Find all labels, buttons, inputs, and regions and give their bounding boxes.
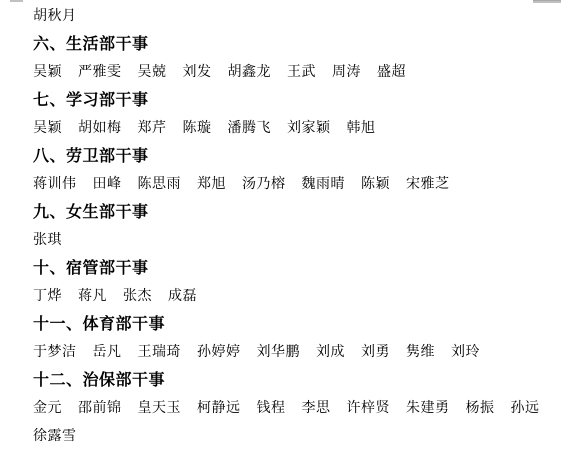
member-name: 丁烨 (33, 282, 62, 310)
section-heading: 七、学习部干事 (33, 86, 574, 114)
member-name: 岳凡 (93, 338, 122, 366)
member-name: 隽维 (406, 338, 435, 366)
member-name: 魏雨晴 (302, 170, 346, 198)
member-name: 胡如梅 (78, 114, 122, 142)
member-name: 蒋凡 (78, 282, 107, 310)
member-name: 杨振 (466, 394, 495, 422)
member-name: 孙婷婷 (197, 338, 241, 366)
member-name: 刘华鹏 (257, 338, 301, 366)
member-name: 于梦洁 (33, 338, 77, 366)
member-name: 胡秋月 (33, 2, 77, 30)
member-row: 吴颖胡如梅郑芹陈璇潘腾飞刘家颖韩旭 (33, 114, 574, 142)
member-name: 潘腾飞 (228, 114, 272, 142)
member-name: 刘玲 (451, 338, 480, 366)
section-heading: 十一、体育部干事 (33, 310, 574, 338)
member-name: 周涛 (332, 58, 361, 86)
member-name: 郑芹 (138, 114, 167, 142)
member-name: 张琪 (33, 226, 62, 254)
member-name: 张杰 (123, 282, 152, 310)
section-heading: 十二、治保部干事 (33, 366, 574, 394)
section-heading: 八、劳卫部干事 (33, 142, 574, 170)
member-name: 郑旭 (197, 170, 226, 198)
member-name: 胡鑫龙 (228, 58, 272, 86)
member-name: 邵前锦 (78, 394, 122, 422)
sections-container: 六、生活部干事吴颖严雅雯吴兢刘发胡鑫龙王武周涛盛超七、学习部干事吴颖胡如梅郑芹陈… (33, 30, 574, 450)
member-name: 刘家颖 (287, 114, 331, 142)
member-name: 成磊 (168, 282, 197, 310)
member-name: 朱建勇 (406, 394, 450, 422)
member-name: 许梓贤 (347, 394, 391, 422)
member-name: 陈璇 (183, 114, 212, 142)
member-name: 盛超 (377, 58, 406, 86)
member-name: 吴颖 (33, 114, 62, 142)
member-row: 丁烨蒋凡张杰成磊 (33, 282, 574, 310)
member-row: 胡秋月 (33, 2, 574, 30)
member-name: 刘发 (183, 58, 212, 86)
member-name: 蒋训伟 (33, 170, 77, 198)
member-name: 皇天玉 (138, 394, 182, 422)
member-name: 陈颖 (361, 170, 390, 198)
member-name: 田峰 (93, 170, 122, 198)
member-row: 张琪 (33, 226, 574, 254)
section-heading: 九、女生部干事 (33, 198, 574, 226)
member-name: 汤乃榕 (242, 170, 286, 198)
member-name: 徐露雪 (33, 422, 77, 450)
document-page: 胡秋月 六、生活部干事吴颖严雅雯吴兢刘发胡鑫龙王武周涛盛超七、学习部干事吴颖胡如… (0, 0, 584, 450)
member-name: 王瑞琦 (138, 338, 182, 366)
member-row: 吴颖严雅雯吴兢刘发胡鑫龙王武周涛盛超 (33, 58, 574, 86)
member-name: 李思 (302, 394, 331, 422)
member-name: 孙远 (511, 394, 540, 422)
member-name: 钱程 (257, 394, 286, 422)
member-name: 吴颖 (33, 58, 62, 86)
member-name: 韩旭 (347, 114, 376, 142)
member-row: 蒋训伟田峰陈思雨郑旭汤乃榕魏雨晴陈颖宋雅芝 (33, 170, 574, 198)
section-heading: 十、宿管部干事 (33, 254, 574, 282)
member-name: 严雅雯 (78, 58, 122, 86)
member-name: 陈思雨 (138, 170, 182, 198)
member-row: 金元邵前锦皇天玉柯静远钱程李思许梓贤朱建勇杨振孙远徐露雪 (33, 394, 574, 450)
member-name: 柯静远 (197, 394, 241, 422)
member-row: 于梦洁岳凡王瑞琦孙婷婷刘华鹏刘成刘勇隽维刘玲 (33, 338, 574, 366)
member-name: 吴兢 (138, 58, 167, 86)
member-name: 王武 (287, 58, 316, 86)
member-name: 金元 (33, 394, 62, 422)
member-name: 宋雅芝 (406, 170, 450, 198)
section-heading: 六、生活部干事 (33, 30, 574, 58)
member-name: 刘勇 (361, 338, 390, 366)
member-name: 刘成 (316, 338, 345, 366)
